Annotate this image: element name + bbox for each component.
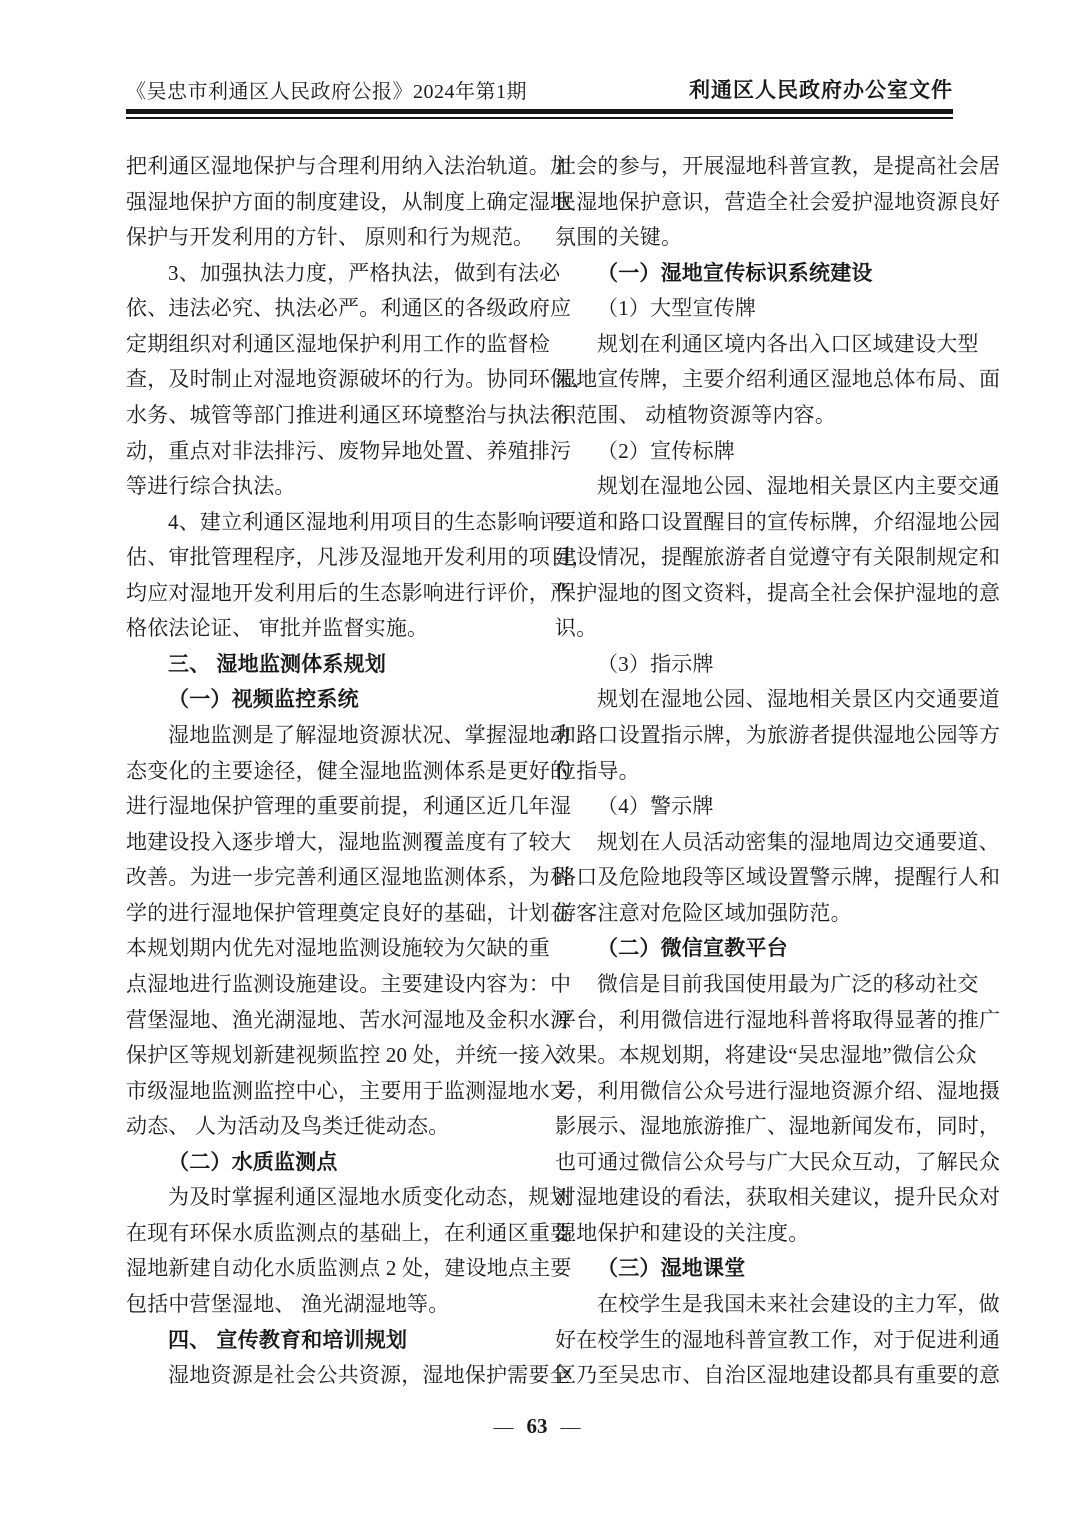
text-line: 效果。本规划期，将建设“吴忠湿地”微信公众 <box>555 1038 953 1074</box>
text-line: 和路口设置指示牌，为旅游者提供湿地公园等方 <box>555 718 953 754</box>
text-line: 均应对湿地开发利用后的生态影响进行评价，严 <box>126 576 524 612</box>
text-line: 规划在利通区境内各出入口区域建设大型 <box>555 327 953 363</box>
heading-line: （一）视频监控系统 <box>126 682 524 718</box>
heading-line: （二）微信宣教平台 <box>555 931 953 967</box>
text-line: 3、加强执法力度，严格执法，做到有法必 <box>126 256 524 292</box>
text-line: 规划在人员活动密集的湿地周边交通要道、 <box>555 825 953 861</box>
text-line: 也可通过微信公众号与广大民众互动，了解民众 <box>555 1145 953 1181</box>
text-line: 对湿地建设的看法，获取相关建议，提升民众对 <box>555 1180 953 1216</box>
heading-line: （一）湿地宣传标识系统建设 <box>555 256 953 292</box>
text-line: 平台，利用微信进行湿地科普将取得显著的推广 <box>555 1003 953 1039</box>
text-line: 等进行综合执法。 <box>126 469 524 505</box>
page-header: 《吴忠市利通区人民政府公报》2024年第1期 利通区人民政府办公室文件 <box>126 74 953 104</box>
footer-dash-left: — <box>494 1416 514 1438</box>
text-line: 路口及危险地段等区域设置警示牌，提醒行人和 <box>555 860 953 896</box>
text-line: 好在校学生的湿地科普宣教工作，对于促进利通 <box>555 1323 953 1359</box>
text-line: 进行湿地保护管理的重要前提，利通区近几年湿 <box>126 789 524 825</box>
text-line: （1）大型宣传牌 <box>555 291 953 327</box>
page-number: 63 <box>527 1414 548 1438</box>
text-line: 查，及时制止对湿地资源破坏的行为。协同环保、 <box>126 362 524 398</box>
header-rule <box>126 109 953 119</box>
text-line: 湿地新建自动化水质监测点 2 处，建设地点主要 <box>126 1251 524 1287</box>
text-line: 定期组织对利通区湿地保护利用工作的监督检 <box>126 327 524 363</box>
text-line: 建设情况，提醒旅游者自觉遵守有关限制规定和 <box>555 540 953 576</box>
text-line: 强湿地保护方面的制度建设，从制度上确定湿地 <box>126 185 524 221</box>
footer-dash-right: — <box>561 1416 581 1438</box>
text-line: 学的进行湿地保护管理奠定良好的基础，计划在 <box>126 896 524 932</box>
heading-line: 三、 湿地监测体系规划 <box>126 647 524 683</box>
text-line: 湿地保护和建设的关注度。 <box>555 1216 953 1252</box>
text-line: 区乃至吴忠市、自治区湿地建设都具有重要的意 <box>555 1358 953 1394</box>
text-line: 湿地资源是社会公共资源，湿地保护需要全 <box>126 1358 524 1394</box>
header-document-source: 利通区人民政府办公室文件 <box>689 74 953 104</box>
text-line: 水务、城管等部门推进利通区环境整治与执法行 <box>126 398 524 434</box>
text-line: 游客注意对危险区域加强防范。 <box>555 896 953 932</box>
text-line: 社会的参与，开展湿地科普宣教，是提高社会居 <box>555 149 953 185</box>
text-line: 态变化的主要途径，健全湿地监测体系是更好的 <box>126 754 524 790</box>
text-line: 识。 <box>555 611 953 647</box>
page-footer: —63— <box>0 1414 1074 1439</box>
gazette-page: 《吴忠市利通区人民政府公报》2024年第1期 利通区人民政府办公室文件 把利通区… <box>0 0 1074 1520</box>
text-line: 影展示、湿地旅游推广、湿地新闻发布，同时， <box>555 1109 953 1145</box>
text-line: 积范围、 动植物资源等内容。 <box>555 398 953 434</box>
text-line: 民湿地保护意识，营造全社会爱护湿地资源良好 <box>555 185 953 221</box>
text-line: 动，重点对非法排污、废物异地处置、养殖排污 <box>126 434 524 470</box>
text-line: 要道和路口设置醒目的宣传标牌，介绍湿地公园 <box>555 505 953 541</box>
heading-line: （三）湿地课堂 <box>555 1251 953 1287</box>
text-line: 估、审批管理程序，凡涉及湿地开发利用的项目， <box>126 540 524 576</box>
text-line: （4）警示牌 <box>555 789 953 825</box>
text-line: 点湿地进行监测设施建设。主要建设内容为：中 <box>126 967 524 1003</box>
text-line: 营堡湿地、渔光湖湿地、苦水河湿地及金积水源 <box>126 1003 524 1039</box>
text-line: （2）宣传标牌 <box>555 434 953 470</box>
text-line: 保护与开发利用的方针、 原则和行为规范。 <box>126 220 524 256</box>
right-column: 社会的参与，开展湿地科普宣教，是提高社会居民湿地保护意识，营造全社会爱护湿地资源… <box>555 149 953 1394</box>
text-line: 地建设投入逐步增大，湿地监测覆盖度有了较大 <box>126 825 524 861</box>
text-line: 位指导。 <box>555 754 953 790</box>
text-line: 规划在湿地公园、湿地相关景区内交通要道 <box>555 682 953 718</box>
text-line: 保护湿地的图文资料，提高全社会保护湿地的意 <box>555 576 953 612</box>
heading-line: （二）水质监测点 <box>126 1145 524 1181</box>
text-line: 号，利用微信公众号进行湿地资源介绍、湿地摄 <box>555 1074 953 1110</box>
header-journal-title: 《吴忠市利通区人民政府公报》2024年第1期 <box>126 75 527 104</box>
left-column: 把利通区湿地保护与合理利用纳入法治轨道。加强湿地保护方面的制度建设，从制度上确定… <box>126 149 524 1394</box>
text-line: 微信是目前我国使用最为广泛的移动社交 <box>555 967 953 1003</box>
text-line: 湿地宣传牌，主要介绍利通区湿地总体布局、面 <box>555 362 953 398</box>
text-line: 包括中营堡湿地、 渔光湖湿地等。 <box>126 1287 524 1323</box>
text-line: 氛围的关键。 <box>555 220 953 256</box>
text-line: 为及时掌握利通区湿地水质变化动态，规划 <box>126 1180 524 1216</box>
text-line: 在现有环保水质监测点的基础上，在利通区重要 <box>126 1216 524 1252</box>
text-line: 规划在湿地公园、湿地相关景区内主要交通 <box>555 469 953 505</box>
text-line: 4、建立利通区湿地利用项目的生态影响评 <box>126 505 524 541</box>
text-line: 湿地监测是了解湿地资源状况、掌握湿地动 <box>126 718 524 754</box>
text-line: 市级湿地监测监控中心，主要用于监测湿地水文 <box>126 1074 524 1110</box>
text-line: 在校学生是我国未来社会建设的主力军，做 <box>555 1287 953 1323</box>
text-line: 本规划期内优先对湿地监测设施较为欠缺的重 <box>126 931 524 967</box>
text-line: 改善。为进一步完善利通区湿地监测体系，为科 <box>126 860 524 896</box>
text-line: 把利通区湿地保护与合理利用纳入法治轨道。加 <box>126 149 524 185</box>
text-line: 动态、 人为活动及鸟类迁徙动态。 <box>126 1109 524 1145</box>
text-line: （3）指示牌 <box>555 647 953 683</box>
text-line: 依、违法必究、执法必严。利通区的各级政府应 <box>126 291 524 327</box>
text-line: 格依法论证、 审批并监督实施。 <box>126 611 524 647</box>
heading-line: 四、 宣传教育和培训规划 <box>126 1323 524 1359</box>
text-line: 保护区等规划新建视频监控 20 处，并统一接入 <box>126 1038 524 1074</box>
